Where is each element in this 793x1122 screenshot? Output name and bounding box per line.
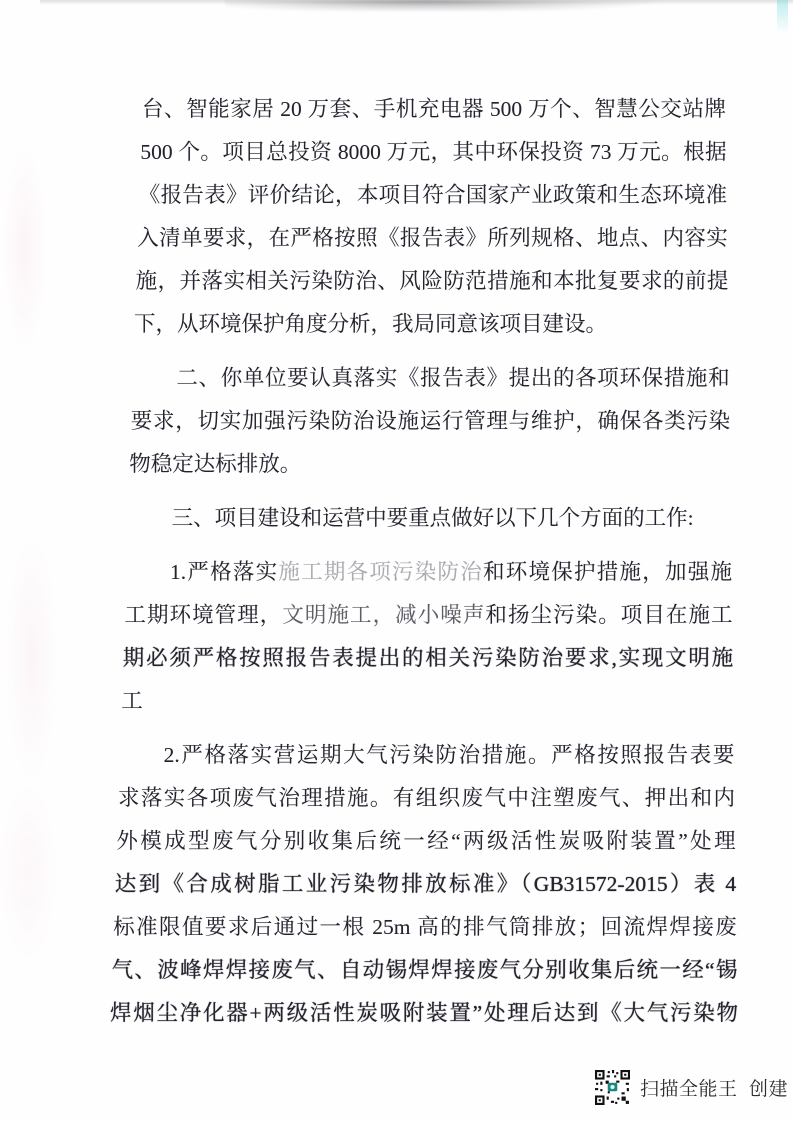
- watermark-label: 扫描全能王 创建: [640, 1074, 788, 1101]
- text-line: 入清单要求，在严格按照《报告表》所列规格、地点、内容实: [137, 217, 728, 260]
- text-segment: 和扬尘污染。项目在施工: [485, 603, 732, 627]
- text-line: 1.严格落实施工期各项污染防治和环境保护措施，加强施: [126, 551, 732, 594]
- faded-text-segment: 文明施工，减小噪声: [282, 603, 485, 627]
- text-line: 工期环境管理，文明施工，减小噪声和扬尘污染。项目在施工: [124, 594, 732, 637]
- text-line: 台、智能家居 20 万套、手机充电器 500 万个、智慧公交站牌: [142, 88, 726, 131]
- text-line: 标准限值要求后通过一根 25m 高的排气筒排放；回流焊焊接废: [113, 906, 737, 949]
- text-line: 工: [121, 680, 734, 723]
- text-line: 外模成型废气分别收集后统一经“两级活性炭吸附装置”处理: [116, 820, 735, 863]
- text-line: 2.严格落实营运期大气污染防治措施。严格按照报告表要: [120, 734, 735, 777]
- text-line: 达到《合成树脂工业污染物排放标准》（GB31572-2015）表 4: [115, 863, 736, 906]
- text-line: 气、波峰焊焊接废气、自动锡焊焊接废气分别收集后统一经“锡: [112, 949, 738, 992]
- text-line: 物稳定达标排放。: [129, 443, 731, 486]
- faded-text-segment: 施工期各项污染防治: [278, 560, 483, 584]
- scanned-document-page: { "page": { "type": "scanned-approval-do…: [0, 0, 793, 1122]
- scan-cyan-edge-mark: [777, 0, 788, 34]
- text-line: 期必须严格按照报告表提出的相关污染防治要求,实现文明施: [123, 637, 733, 680]
- text-line: 求落实各项废气治理措施。有组织废气中注塑废气、押出和内: [118, 777, 735, 820]
- document-text-block: 台、智能家居 20 万套、手机充电器 500 万个、智慧公交站牌 500 个。项…: [100, 88, 760, 1035]
- text-line: 《报告表》评价结论，本项目符合国家产业政策和生态环境准: [139, 174, 727, 217]
- text-line: 500 个。项目总投资 8000 万元，其中环保投资 73 万元。根据: [140, 131, 726, 174]
- camscanner-watermark: 扫描全能王 创建: [594, 1066, 788, 1108]
- text-segment: 1.严格落实: [170, 560, 278, 584]
- text-line: 要求，切实加强污染防治设施运行管理与维护，确保各类污染: [131, 400, 730, 443]
- scan-top-smudge: [225, 0, 670, 11]
- text-line: 三、项目建设和运营中要重点做好以下几个方面的工作:: [128, 497, 732, 540]
- scan-top-edge-shadow: [40, 0, 793, 5]
- text-segment: 和环境保护措施，加强施: [483, 560, 732, 584]
- qr-code-icon: [594, 1070, 631, 1105]
- text-line: 二、你单位要认真落实《报告表》提出的各项环保措施和: [132, 357, 729, 400]
- text-segment: 工期环境管理，: [124, 603, 282, 627]
- text-line: 焊烟尘净化器+两级活性炭吸附装置”处理后达到《大气污染物: [110, 992, 738, 1035]
- scan-seal-bleedthrough: [0, 150, 70, 970]
- text-line: 施，并落实相关污染防治、风险防范措施和本批复要求的前提: [136, 260, 729, 303]
- text-line: 下，从环境保护角度分析，我局同意该项目建设。: [134, 303, 729, 346]
